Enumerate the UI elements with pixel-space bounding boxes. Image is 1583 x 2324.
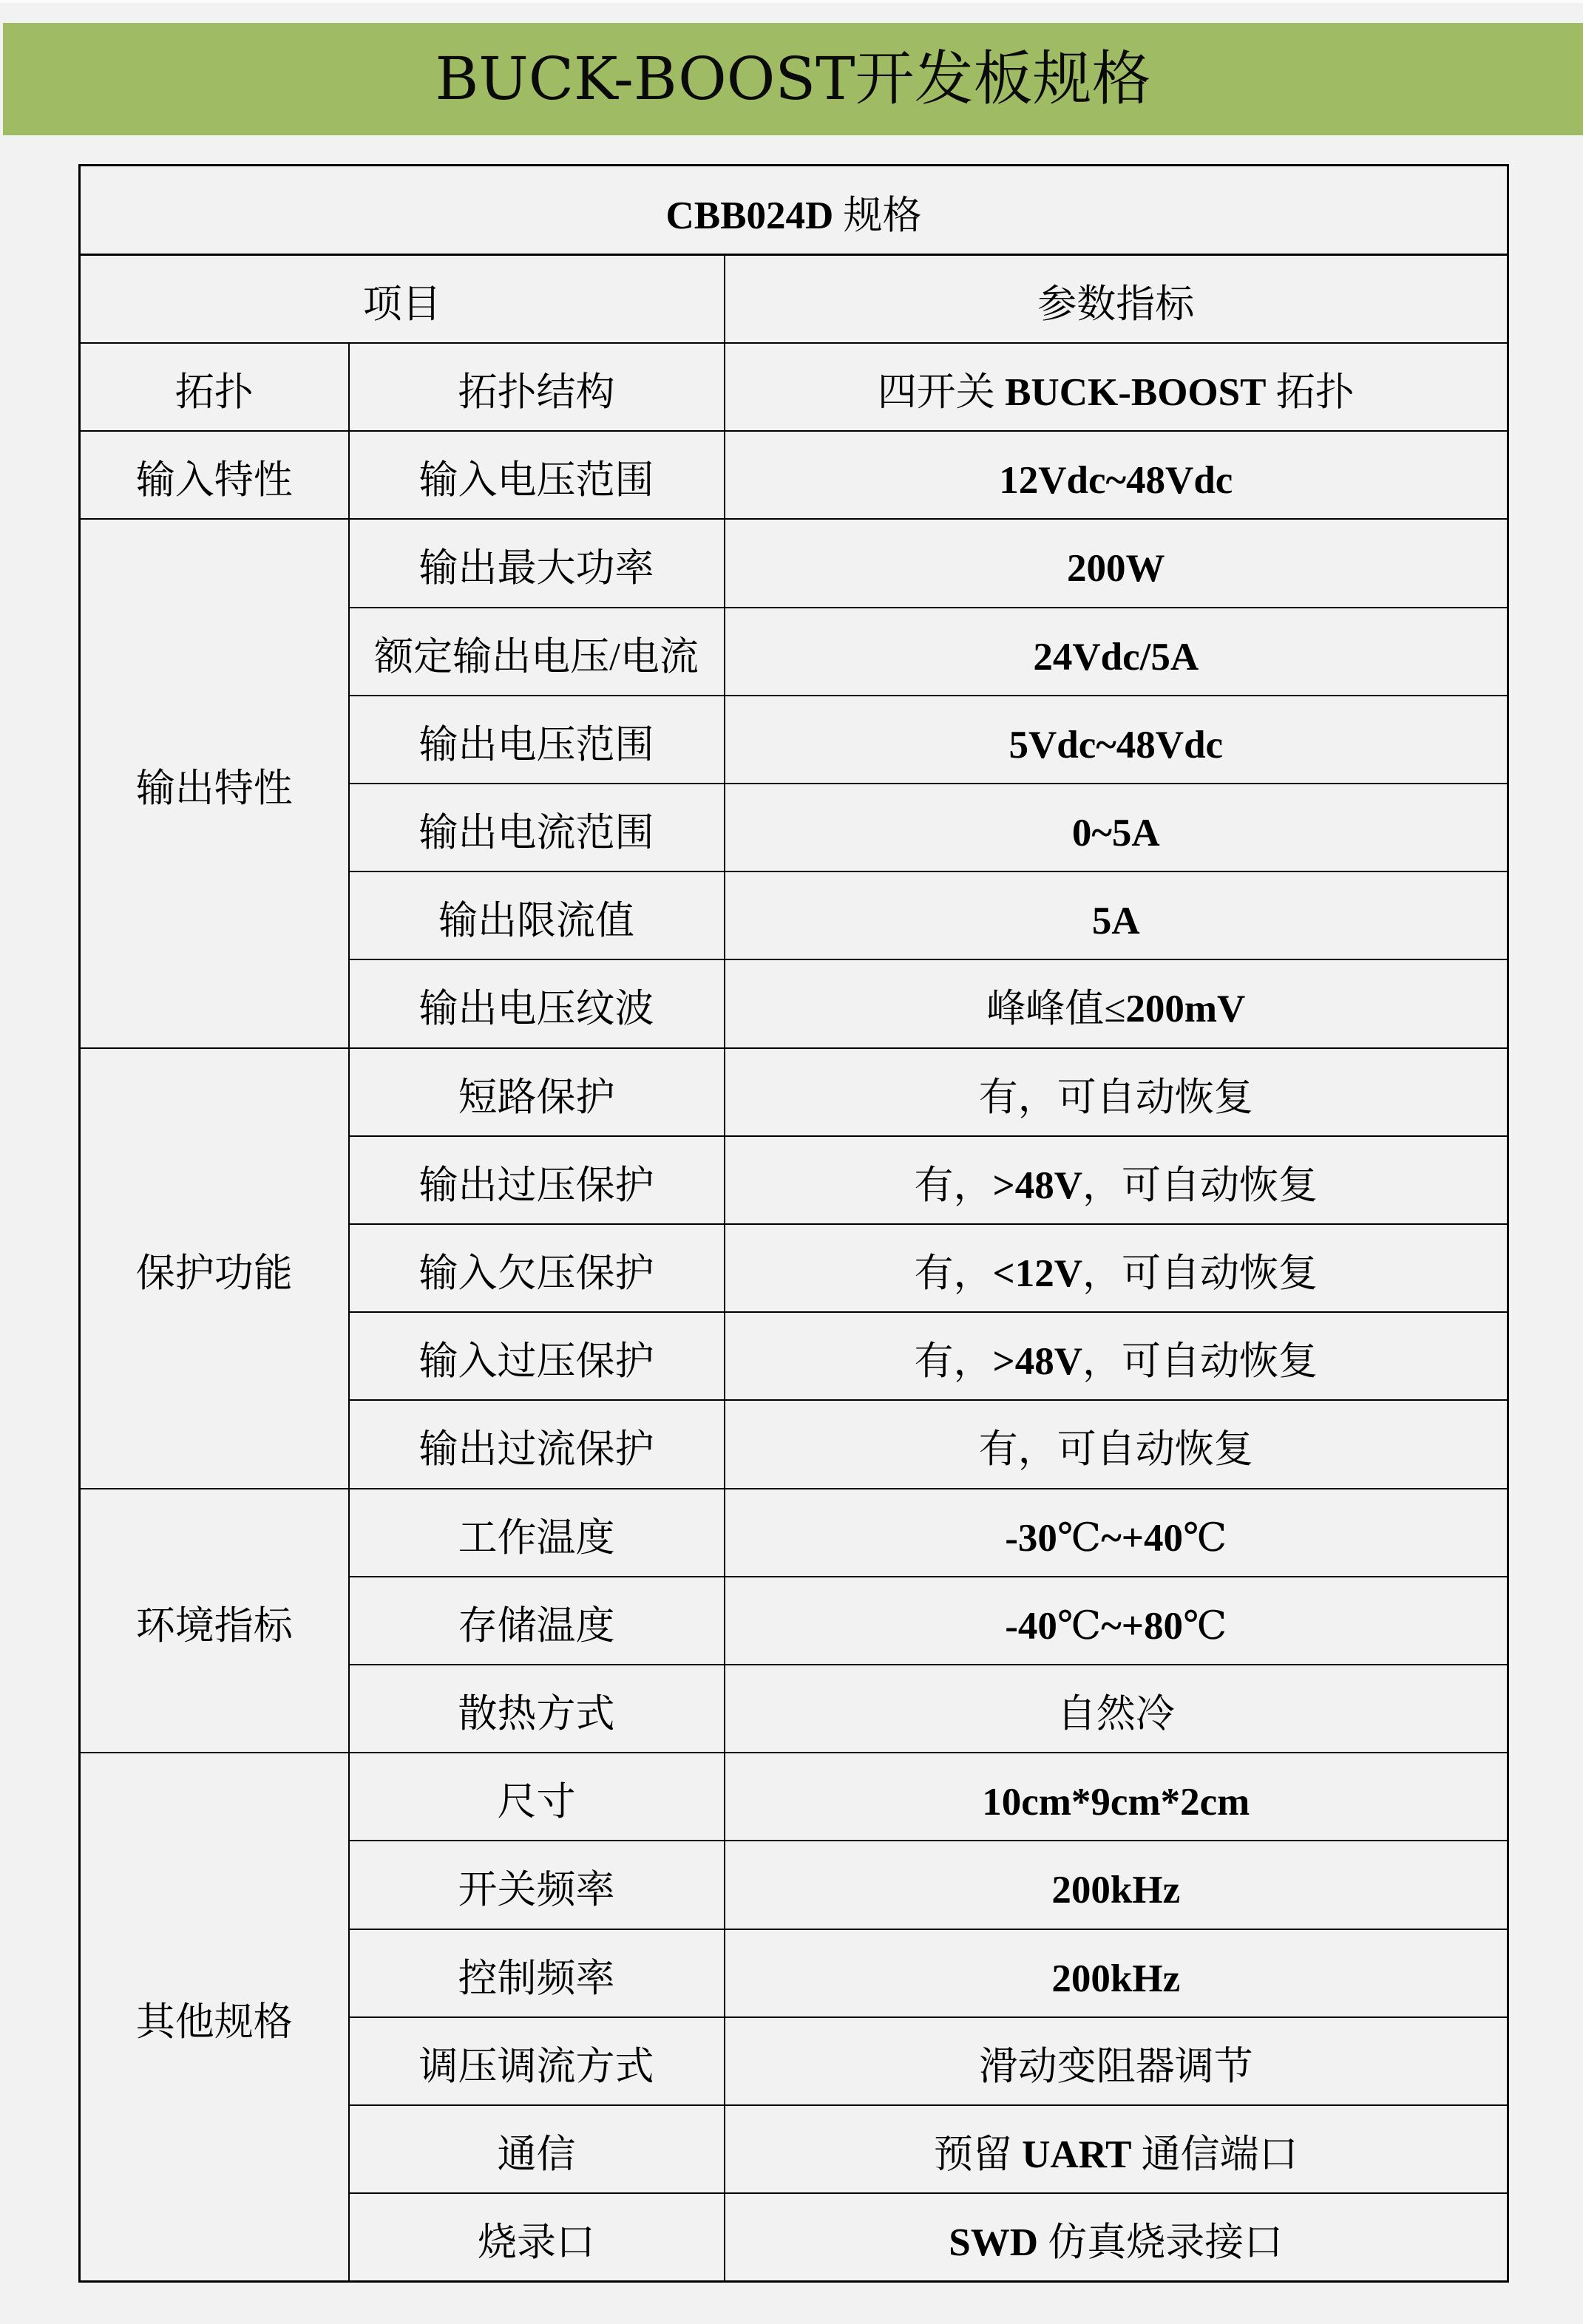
table-row: 其他规格 尺寸 10cm*9cm*2cm — [80, 1753, 1508, 1841]
category-cell: 保护功能 — [80, 1048, 349, 1489]
param-name-cell: 尺寸 — [349, 1753, 725, 1841]
param-name-cell: 调压调流方式 — [349, 2017, 725, 2105]
param-value-cell: -30℃~+40℃ — [725, 1489, 1508, 1577]
param-name-cell: 散热方式 — [349, 1665, 725, 1753]
table-row: 输入特性 输入电压范围 12Vdc~48Vdc — [80, 431, 1508, 519]
param-name-cell: 输出过压保护 — [349, 1136, 725, 1224]
param-value-cell: 10cm*9cm*2cm — [725, 1753, 1508, 1841]
spec-table: CBB024D 规格 项目 参数指标 拓扑 拓扑结构 四开关 BUCK-BOOS… — [78, 164, 1509, 2283]
param-name-cell: 存储温度 — [349, 1577, 725, 1665]
top-strip — [0, 0, 1583, 3]
title-banner: BUCK-BOOST开发板规格 — [3, 23, 1583, 135]
table-caption-row: CBB024D 规格 — [80, 166, 1508, 255]
param-name-cell: 输入电压范围 — [349, 431, 725, 519]
param-value-cell: 有，可自动恢复 — [725, 1048, 1508, 1136]
table-row: 保护功能 短路保护 有，可自动恢复 — [80, 1048, 1508, 1136]
page-title: BUCK-BOOST开发板规格 — [435, 50, 1150, 109]
param-value-cell: SWD 仿真烧录接口 — [725, 2193, 1508, 2281]
param-name-cell: 通信 — [349, 2105, 725, 2193]
param-name-cell: 烧录口 — [349, 2193, 725, 2281]
param-name-cell: 控制频率 — [349, 1929, 725, 2017]
param-name-cell: 工作温度 — [349, 1489, 725, 1577]
param-value-cell: 有，>48V，可自动恢复 — [725, 1136, 1508, 1224]
param-name-cell: 输出电压范围 — [349, 696, 725, 784]
category-cell: 输出特性 — [80, 519, 349, 1047]
table-row: 环境指标 工作温度 -30℃~+40℃ — [80, 1489, 1508, 1577]
param-name-cell: 输出电压纹波 — [349, 959, 725, 1047]
param-name-cell: 输出限流值 — [349, 871, 725, 959]
param-value-cell: 24Vdc/5A — [725, 608, 1508, 696]
param-value-cell: 有，>48V，可自动恢复 — [725, 1312, 1508, 1400]
param-name-cell: 输出最大功率 — [349, 519, 725, 607]
category-cell: 其他规格 — [80, 1753, 349, 2281]
param-name-cell: 输出电流范围 — [349, 784, 725, 871]
param-value-cell: 自然冷 — [725, 1665, 1508, 1753]
param-name-cell: 开关频率 — [349, 1841, 725, 1929]
param-value-cell: 5A — [725, 871, 1508, 959]
param-name-cell: 输入欠压保护 — [349, 1224, 725, 1312]
param-value-cell: 预留 UART 通信端口 — [725, 2105, 1508, 2193]
param-value-cell: 200kHz — [725, 1929, 1508, 2017]
param-value-cell: -40℃~+80℃ — [725, 1577, 1508, 1665]
param-name-cell: 输出过流保护 — [349, 1400, 725, 1488]
param-value-cell: 滑动变阻器调节 — [725, 2017, 1508, 2105]
param-value-cell: 四开关 BUCK-BOOST 拓扑 — [725, 343, 1508, 431]
column-header-value: 参数指标 — [725, 255, 1508, 343]
param-name-cell: 输入过压保护 — [349, 1312, 725, 1400]
param-value-cell: 5Vdc~48Vdc — [725, 696, 1508, 784]
table-row: 输出特性 输出最大功率 200W — [80, 519, 1508, 607]
param-value-cell: 200W — [725, 519, 1508, 607]
param-value-cell: 有，可自动恢复 — [725, 1400, 1508, 1488]
param-value-cell: 有，<12V，可自动恢复 — [725, 1224, 1508, 1312]
param-value-cell: 0~5A — [725, 784, 1508, 871]
table-caption: CBB024D 规格 — [80, 166, 1508, 255]
param-name-cell: 拓扑结构 — [349, 343, 725, 431]
param-name-cell: 短路保护 — [349, 1048, 725, 1136]
column-header-item: 项目 — [80, 255, 725, 343]
param-name-cell: 额定输出电压/电流 — [349, 608, 725, 696]
param-value-cell: 200kHz — [725, 1841, 1508, 1929]
param-value-cell: 12Vdc~48Vdc — [725, 431, 1508, 519]
table-header-row: 项目 参数指标 — [80, 255, 1508, 343]
category-cell: 输入特性 — [80, 431, 349, 519]
category-cell: 环境指标 — [80, 1489, 349, 1753]
table-row: 拓扑 拓扑结构 四开关 BUCK-BOOST 拓扑 — [80, 343, 1508, 431]
category-cell: 拓扑 — [80, 343, 349, 431]
param-value-cell: 峰峰值≤200mV — [725, 959, 1508, 1047]
